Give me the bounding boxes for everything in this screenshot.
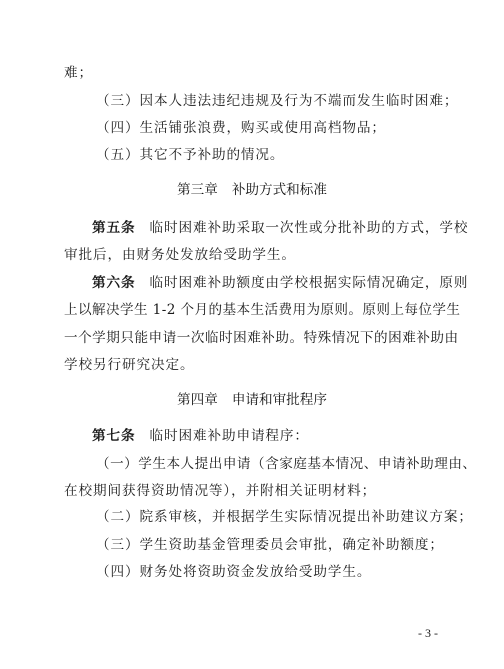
- list-item: （五）其它不予补助的情况。: [96, 146, 284, 164]
- article-text: 临时困难补助额度由学校根据实际情况确定，原则: [149, 275, 468, 291]
- article-text-line: 一个学期只能申请一次临时困难补助。特殊情况下的困难补助由: [64, 329, 459, 347]
- chapter-title: 申请和审批程序: [232, 392, 327, 408]
- article-paragraph: 第七条临时困难补助申请程序：: [92, 427, 309, 445]
- article-text: 临时困难补助申请程序：: [149, 428, 308, 444]
- article-paragraph: 第五条临时困难补助采取一次性或分批补助的方式，学校: [92, 219, 468, 237]
- article-label: 第五条: [92, 220, 135, 236]
- article-paragraph: 第六条临时困难补助额度由学校根据实际情况确定，原则: [92, 274, 468, 292]
- article-text-line: 审批后，由财务处发放给受助学生。: [64, 246, 296, 264]
- chapter-number: 第四章: [177, 392, 218, 408]
- article-text: 临时困难补助采取一次性或分批补助的方式，学校: [149, 220, 468, 236]
- list-item: （一）学生本人提出申请（含家庭基本情况、申请补助理由、: [96, 455, 477, 473]
- list-item: （四）生活铺张浪费，购买或使用高档物品；: [96, 119, 386, 137]
- article-label: 第六条: [92, 275, 135, 291]
- chapter-heading: 第四章申请和审批程序: [0, 391, 504, 409]
- chapter-heading: 第三章补助方式和标准: [0, 181, 504, 199]
- article-text-line: 学校另行研究决定。: [64, 356, 194, 374]
- article-label: 第七条: [92, 428, 135, 444]
- list-item: （四）财务处将资助资金发放给受助学生。: [96, 563, 371, 581]
- list-item: （二）院系审核，并根据学生实际情况提出补助建议方案；: [96, 508, 473, 526]
- article-text-line: 上以解决学生 1-2 个月的基本生活费用为原则。原则上每位学生: [64, 301, 460, 319]
- chapter-number: 第三章: [177, 182, 218, 198]
- continued-line: 难；: [64, 64, 93, 82]
- list-item: （三）因本人违法违纪违规及行为不端而发生临时困难；: [96, 92, 458, 110]
- page-number: - 3 -: [418, 626, 438, 641]
- chapter-title: 补助方式和标准: [232, 182, 327, 198]
- list-item: （三）学生资助基金管理委员会审批，确定补助额度；: [96, 536, 444, 554]
- list-item-continued: 在校期间获得资助情况等），并附相关证明材料；: [64, 482, 376, 500]
